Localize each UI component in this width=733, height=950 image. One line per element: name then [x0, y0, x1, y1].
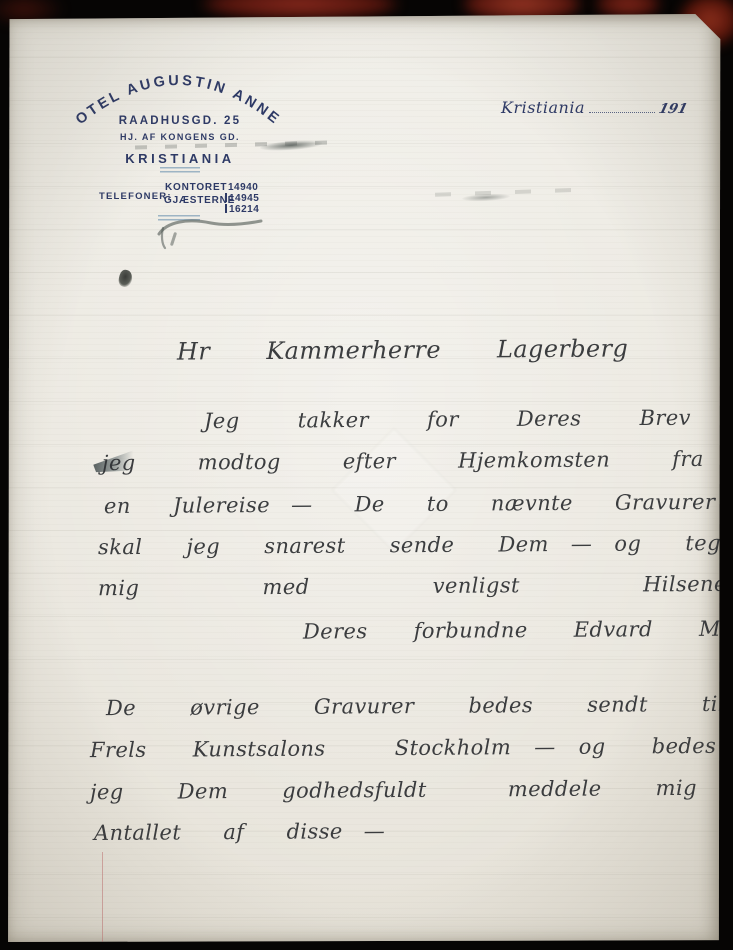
phone-brace-bar [225, 204, 227, 213]
phone-number: 14940 [228, 182, 258, 193]
handwritten-line: jeg Dem godhedsfuldt meddele mig [90, 776, 697, 804]
salutation-line: Hr Kammerherre Lagerberg [177, 334, 628, 365]
letter-sheet: HOTEL AUGUSTIN ANNEX RAADHUSGD. 25 HJ. A… [7, 14, 721, 942]
scanned-letter-photo: { "colors": { "background": "#060504", "… [0, 0, 733, 950]
handwritten-line: skal jeg snarest sende Dem — og tegner [98, 531, 733, 560]
pencil-smudge [170, 232, 177, 246]
phone-number: 16214 [229, 204, 259, 215]
letterhead-city: KRISTIANIA [77, 151, 283, 166]
ink-blot [117, 269, 134, 289]
letterhead-address: RAADHUSGD. 25 [77, 115, 283, 127]
double-rule [160, 167, 200, 173]
handwritten-line: jeg modtog efter Hjemkomsten fra [102, 447, 704, 475]
handwritten-line: Jeg takker for Deres Brev som [204, 405, 733, 433]
handwritten-line: Antallet af disse — [94, 819, 385, 845]
handwritten-line: De øvrige Gravurer bedes sendt til [106, 692, 725, 720]
dateline-dotted-leader [589, 99, 655, 113]
dateline-year-prefix: 191 [657, 101, 689, 117]
pencil-smudge [462, 193, 510, 203]
phone-dept: KONTORET [165, 182, 227, 193]
double-rule [158, 215, 200, 221]
margin-rule-line [102, 852, 103, 950]
pencil-smudge [435, 187, 595, 197]
dateline: Kristiania 191 [501, 98, 687, 117]
letterhead-corner-note: HJ. AF KONGENS GD. [77, 132, 283, 142]
handwritten-line: en Julereise — De to nævnte Gravurer [104, 490, 716, 518]
handwritten-line: Frels Kunstsalons Stockholm — og bedes [90, 734, 716, 762]
phone-brace-bar [225, 193, 227, 202]
phone-label: TELEFONER: [99, 191, 172, 202]
phone-number: 14945 [229, 193, 259, 204]
dateline-place: Kristiania [501, 98, 585, 117]
handwritten-line: mig med venligst Hilsener [98, 572, 733, 600]
signature-line: Deres forbundne Edvard Munch [303, 616, 733, 643]
